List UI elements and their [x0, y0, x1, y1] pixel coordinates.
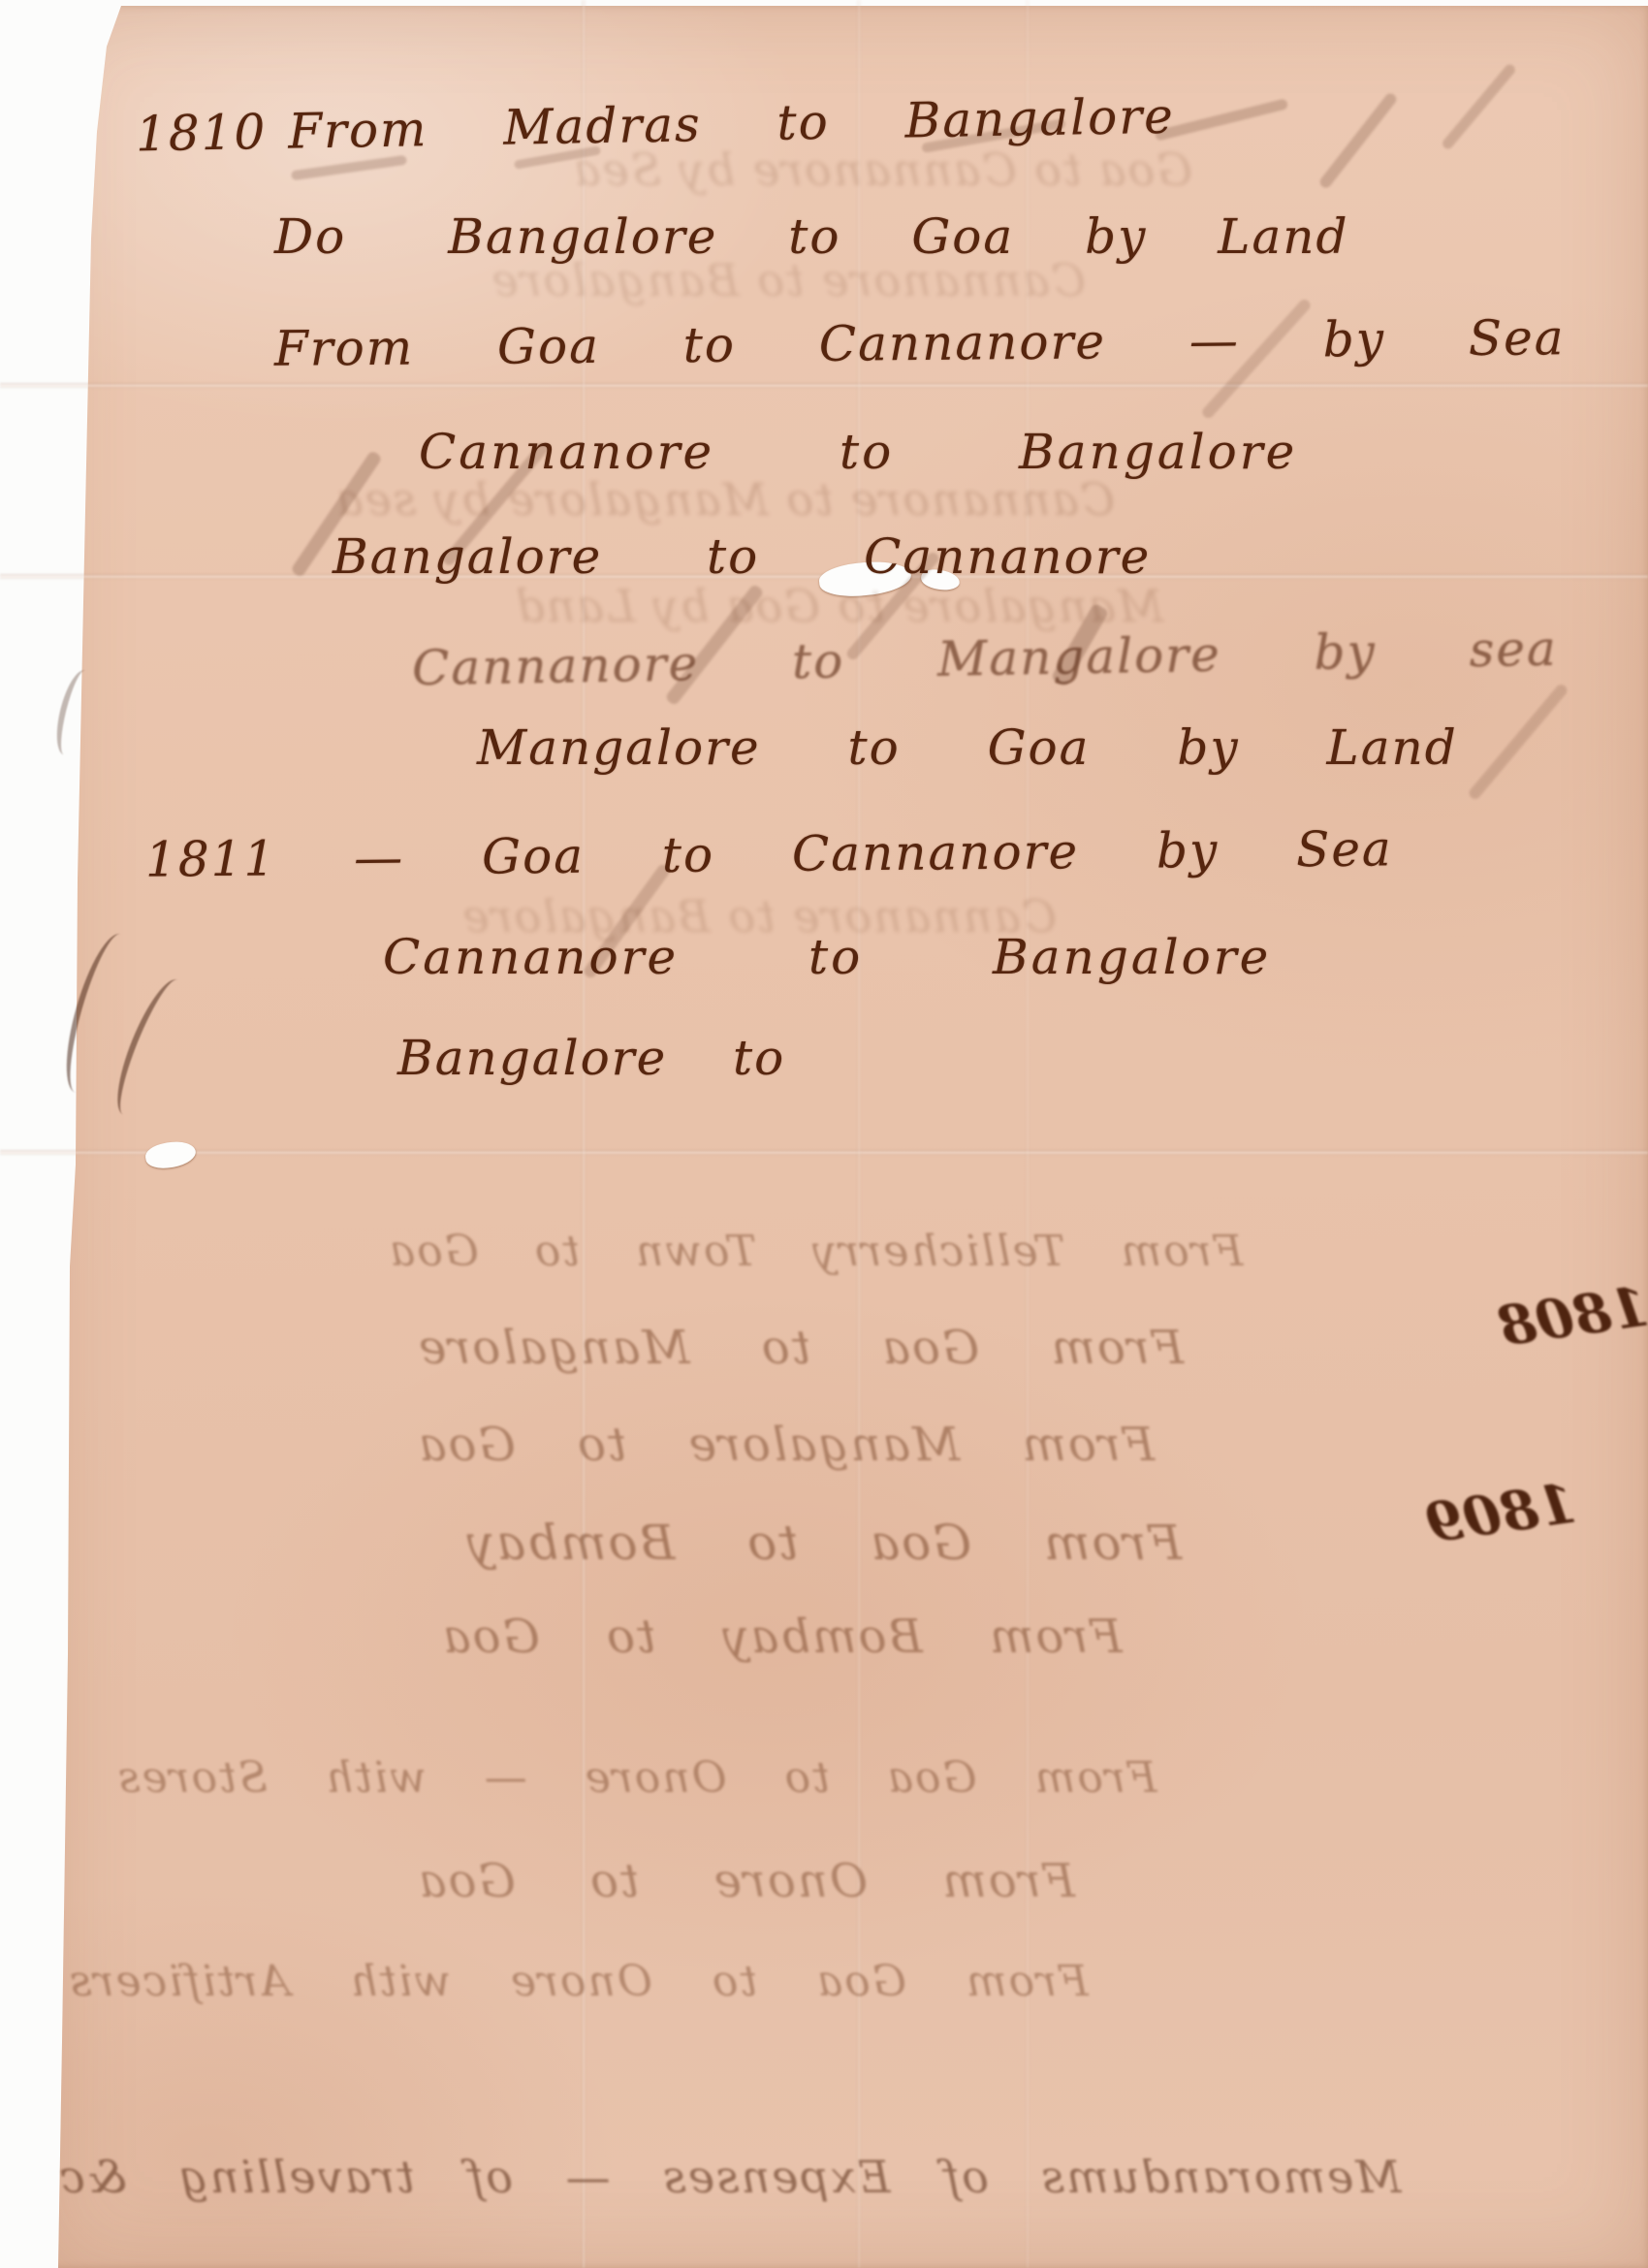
route-text: Bangalore to: [397, 1030, 785, 1086]
route-text: Cannanore to Bangalore: [419, 424, 1297, 480]
itinerary-line: Mangalore to Goa by Land: [477, 719, 1458, 776]
year-label: 1810: [136, 104, 268, 162]
route-text: Cannanore to Bangalore: [383, 929, 1271, 985]
route-text: From Goa to Cannanore — by Sea: [274, 309, 1566, 377]
ink-offset-echo: Cannanore to Mangalore by sea: [320, 473, 1115, 526]
route-text: Mangalore to Goa by Land: [477, 719, 1458, 776]
bleedthrough-line: From Goa to Mangalore: [417, 1321, 1184, 1375]
fold-crease-horizontal: [0, 383, 1648, 388]
bleed-text: From Goa to Onore — with Stores: [116, 1753, 1157, 1803]
itinerary-line: From Goa to Cannanore — by Sea: [274, 309, 1566, 377]
bleedthrough-line: From Tellicherry Town to Goa: [388, 1227, 1243, 1276]
bleedthrough-line: Memorandums of Expenses — of travelling …: [58, 2151, 1401, 2203]
bleedthrough-line: From Goa to Onore — with Stores: [116, 1753, 1157, 1803]
itinerary-line: DoBangalore to Goa by Land: [274, 208, 1348, 265]
bleedthrough-line: From Onore to Goa: [417, 1854, 1075, 1908]
fold-crease-horizontal: [0, 1150, 1648, 1155]
itinerary-line: Cannanore to Bangalore: [383, 929, 1271, 985]
bleed-text: From Goa to Mangalore: [417, 1321, 1184, 1375]
itinerary-line: Bangalore to: [397, 1030, 785, 1086]
bleedthrough-line: From Mangalore to Goa: [417, 1418, 1155, 1472]
scanned-manuscript: Goa to Cannanore by Sea Cannanore to Ban…: [0, 0, 1648, 2268]
bleed-text: From Bombay to Goa: [441, 1610, 1123, 1664]
ditto-mark: Do: [274, 208, 346, 265]
echo-text: Cannanore to Mangalore by sea: [334, 473, 1115, 526]
bleedthrough-line: From Goa to Onore with Artificers: [68, 1957, 1089, 2006]
itinerary-line: Cannanore to Bangalore: [419, 424, 1297, 480]
itinerary-line: 1811 —Goa to Cannanore by Sea: [145, 820, 1393, 887]
bleed-text: Memorandums of Expenses — of travelling …: [58, 2151, 1401, 2203]
bleed-text: From Goa to Onore with Artificers: [68, 1957, 1089, 2006]
bleedthrough-line: From Goa to Bombay: [465, 1515, 1182, 1571]
bleed-text: From Tellicherry Town to Goa: [388, 1227, 1243, 1276]
route-text: Goa to Cannanore by Sea: [482, 820, 1393, 884]
bleed-text: From Onore to Goa: [417, 1854, 1075, 1908]
year-label: 1811 —: [145, 829, 405, 887]
bleedthrough-line: From Bombay to Goa: [441, 1610, 1123, 1664]
echo-text: Mangalore to Goa by Land: [514, 580, 1163, 632]
bleed-text: From Mangalore to Goa: [417, 1418, 1155, 1472]
route-text: Bangalore to Goa by Land: [448, 208, 1348, 265]
bleed-text: From Goa to Bombay: [465, 1515, 1182, 1571]
